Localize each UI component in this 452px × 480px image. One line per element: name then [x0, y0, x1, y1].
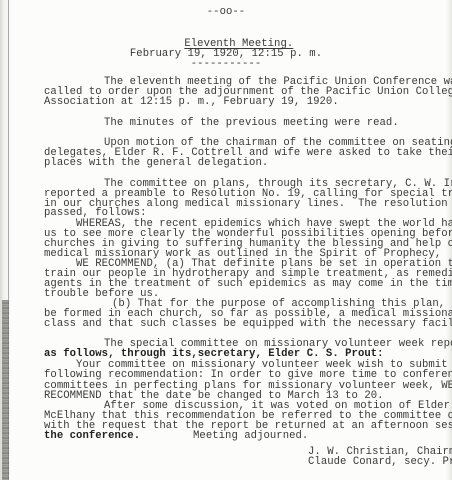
meeting-adjourned: Meeting adjourned. [193, 431, 308, 442]
para1-line3: Association at 12:15 p. m., February 19,… [44, 97, 339, 108]
signature-secretary: Claude Conard, secy. Pro [308, 457, 452, 468]
binding-shadow [2, 300, 9, 480]
para5-line10: the conference. [44, 431, 140, 442]
page-left-margin-edge [0, 0, 12, 480]
para4-line15: class and that such classes be equipped … [44, 319, 452, 330]
para3-line3: places with the general delegation. [44, 158, 268, 169]
title-rule: ----------- [0, 59, 452, 70]
scanned-document-page: --oo-- Eleventh Meeting. February 19, 19… [0, 0, 452, 480]
para2-line1: The minutes of the previous meeting were… [104, 118, 399, 129]
top-separator: --oo-- [0, 7, 452, 18]
